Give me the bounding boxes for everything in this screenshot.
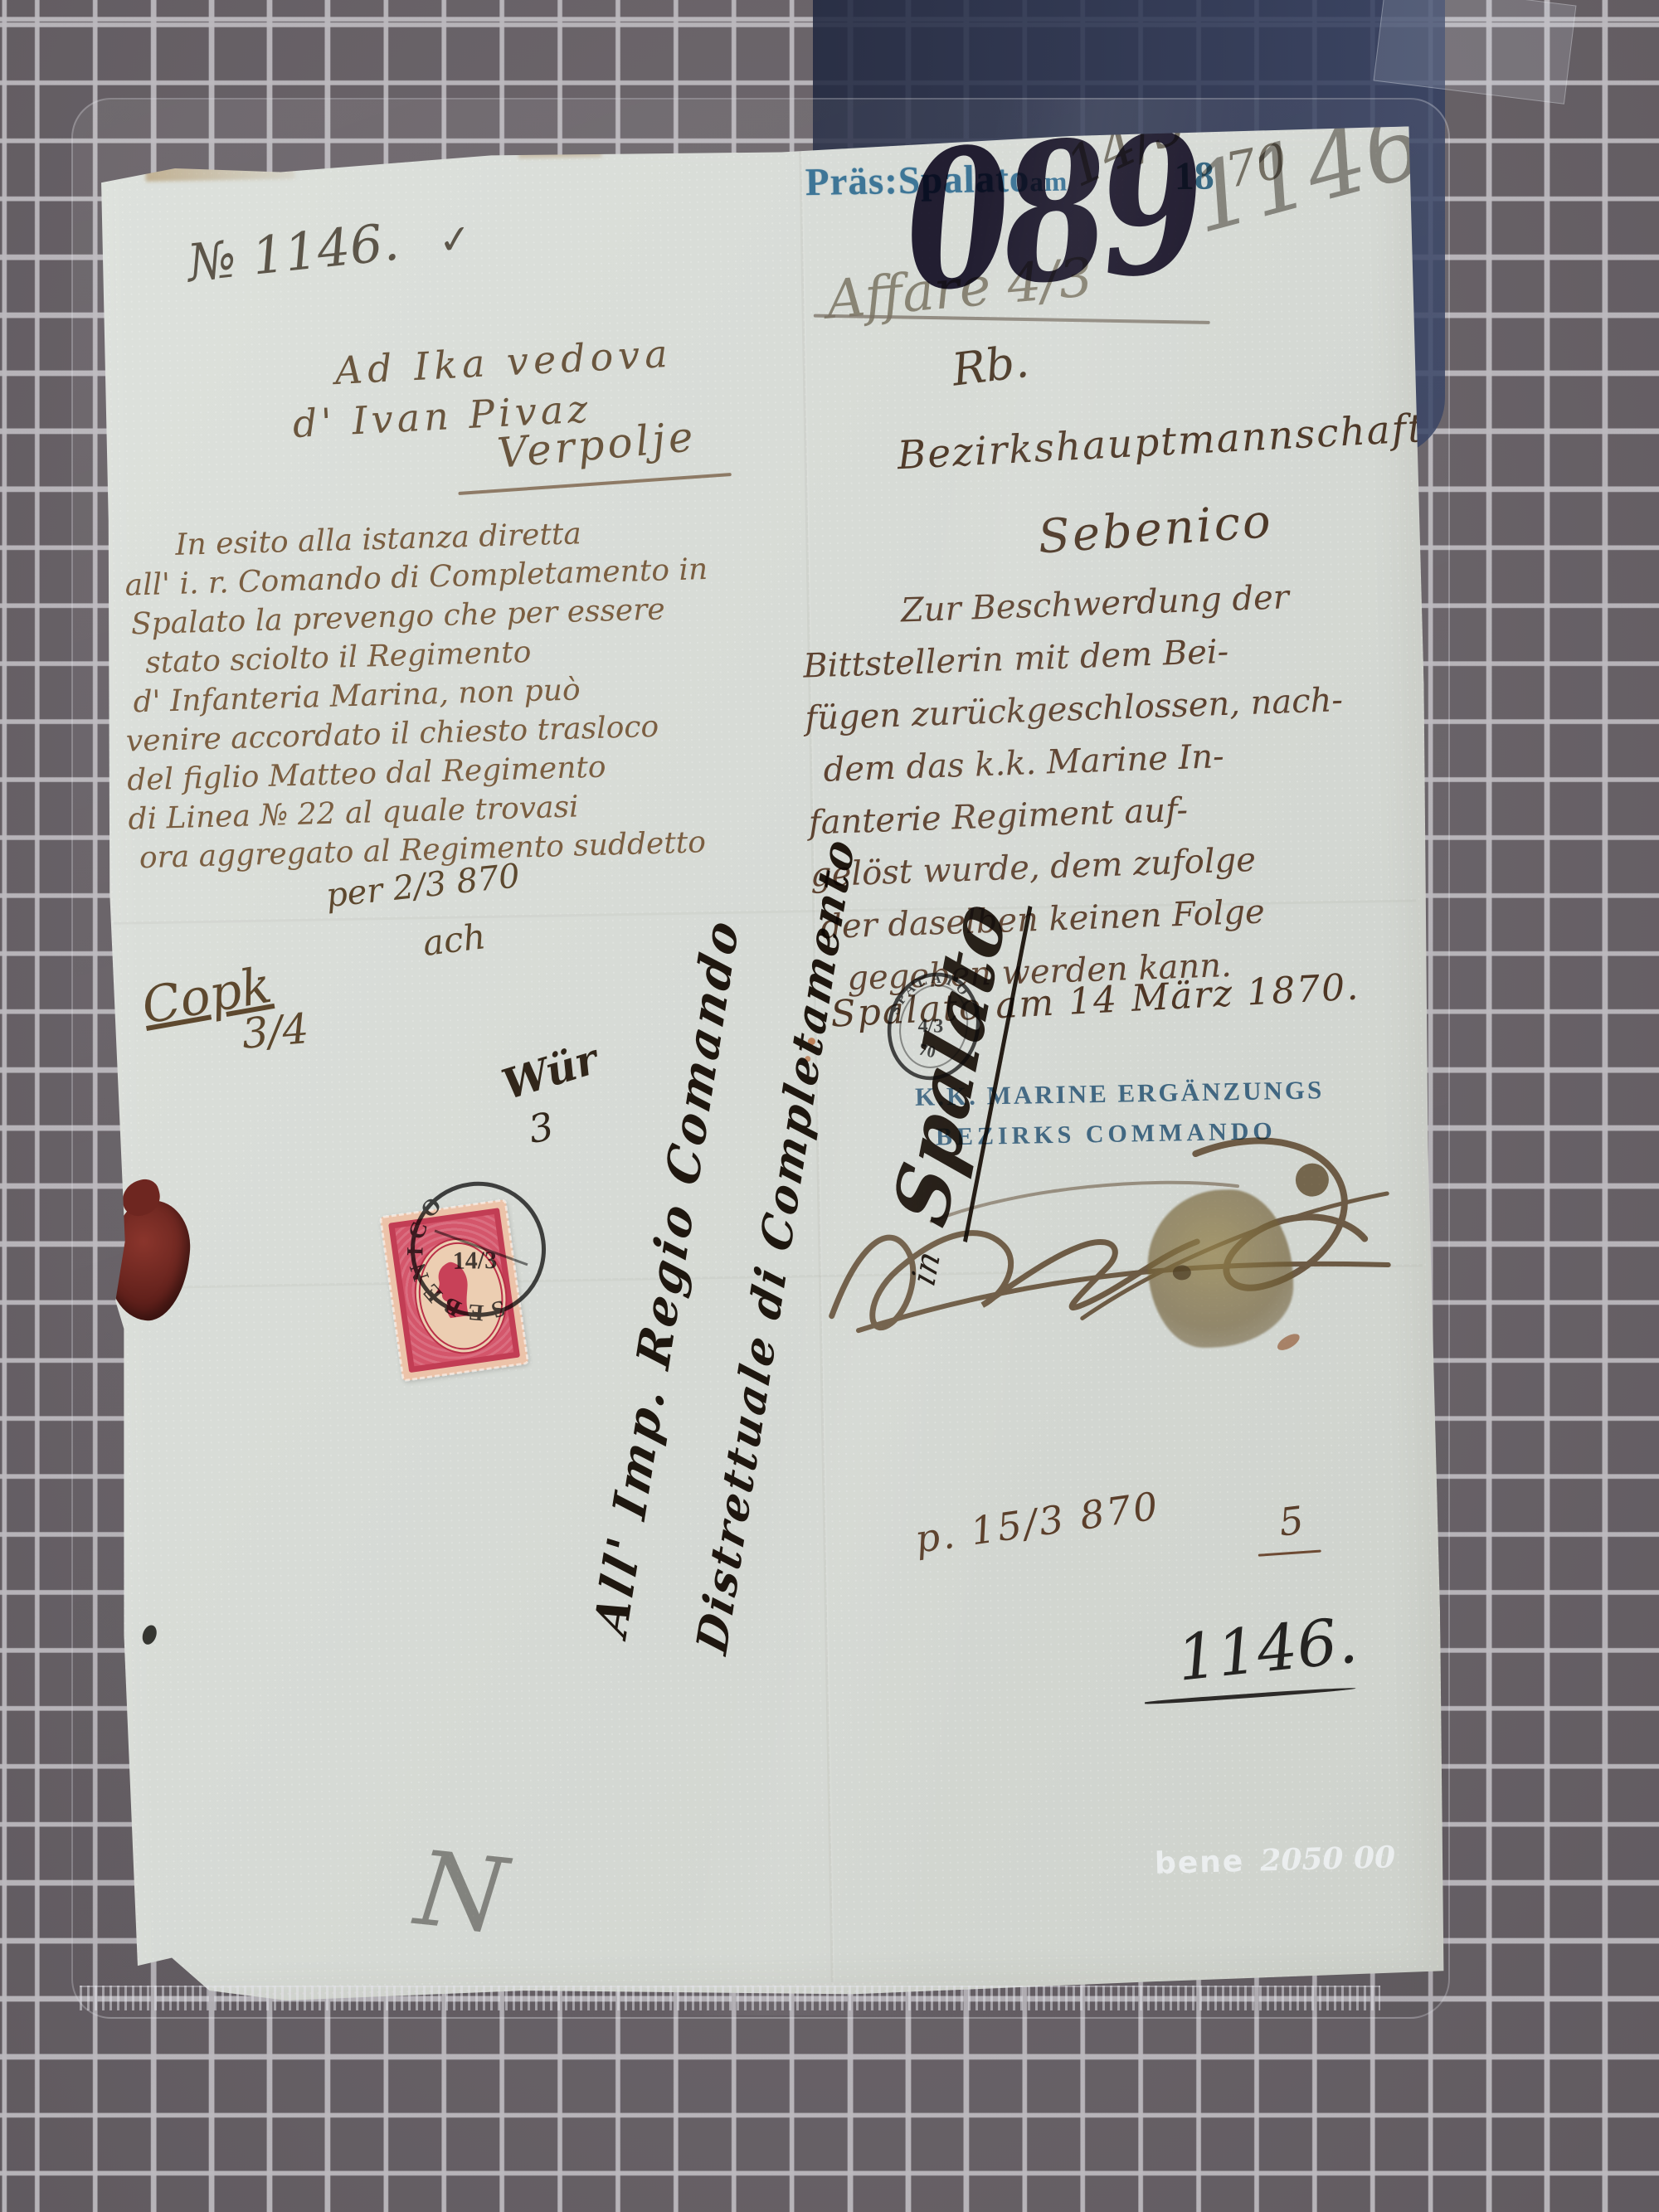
bottom-number: 1146. <box>1174 1602 1361 1694</box>
wur-note: Wür <box>496 1034 603 1110</box>
sleeve-brand-name: bene <box>1155 1845 1245 1881</box>
check-mark: ✓ <box>436 215 474 265</box>
photo-of-archival-letter: Präs:Spalatoam 14/3 18 70 № 1146. ✓ 1146… <box>0 0 1659 2212</box>
bottom-number-underline <box>1145 1686 1356 1705</box>
italian-letter-body: In esito alla istanza diretta all' i. r.… <box>117 508 798 878</box>
pencil-n-mark: N <box>411 1829 513 1957</box>
seal-residue-stain <box>1146 1189 1294 1349</box>
recipient-office: Bezirkshauptmannschaft <box>896 406 1426 479</box>
ach-note: ach <box>421 916 488 964</box>
five-note: 5 <box>1277 1498 1306 1545</box>
bottom-date: p. 15/3 870 <box>912 1483 1163 1562</box>
copk-fraction: 3/4 <box>240 1004 310 1058</box>
address-line: Ad Ika vedova <box>333 331 673 393</box>
sleeve-brand-code: 2050 00 <box>1260 1840 1396 1878</box>
file-number: № 1146. ✓ <box>184 203 474 294</box>
sleeve-brand-print: bene 2050 00 <box>1155 1840 1396 1881</box>
rb-note: Rb. <box>949 335 1031 396</box>
ink-blot <box>1296 1163 1330 1197</box>
letter-sheet: Präs:Spalatoam 14/3 18 70 № 1146. ✓ 1146… <box>95 126 1447 2006</box>
recipient-city: Sebenico <box>1036 494 1274 565</box>
five-underline <box>1258 1549 1321 1556</box>
wur-number: 3 <box>525 1104 557 1153</box>
german-letter-body: Zur Beschwerdung der Bittstellerin mit d… <box>800 567 1428 1007</box>
paper-hole <box>140 1623 159 1646</box>
